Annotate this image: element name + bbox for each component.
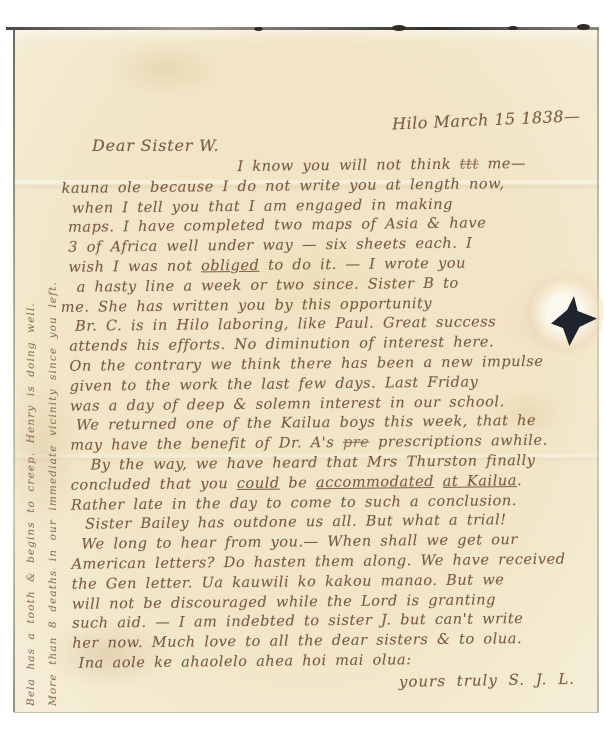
body-text-segment: 3 of Africa well under way — six sheets … <box>68 236 472 256</box>
body-text-segment: may have the benefit of Dr. A's <box>70 435 343 454</box>
struck-word: pre <box>343 435 370 451</box>
body-text-segment: given to the work the last few days. Las… <box>70 374 479 394</box>
body-text-segment: the Gen letter. Ua kauwili ko kakou mana… <box>72 572 505 593</box>
body-text-segment: American letters? Do hasten them along. … <box>71 552 565 573</box>
body-text-segment: will not be discouraged while the Lord i… <box>72 592 496 612</box>
body-text-segment: prescriptions awhile. <box>369 433 548 451</box>
body-text-segment: Rather late in the day to come to such a… <box>71 493 517 514</box>
scan-edge-mark <box>254 27 263 31</box>
struck-word: ttt <box>460 156 479 172</box>
body-text-segment: On the contrary we think there has been … <box>69 354 543 375</box>
margin-notes-rotated-block: Bela has a tooth & begins to creep. Henr… <box>20 138 66 706</box>
scan-edge-mark <box>392 25 406 31</box>
underlined-word: at Kailua <box>443 473 517 490</box>
underlined-word: obliged <box>201 258 259 275</box>
margin-note-line: Bela has a tooth & begins to creep. Henr… <box>20 138 42 706</box>
body-text-segment: . <box>517 473 522 489</box>
body-text-segment: maps. I have completed two maps of Asia … <box>68 216 486 236</box>
body-text-segment <box>434 474 443 490</box>
scan-edge-mark <box>577 24 590 30</box>
scan-edge-mark <box>508 26 518 30</box>
body-text-segment: kauna ole because I do not write you at … <box>62 176 505 197</box>
body-text-segment: Sister Bailey has outdone us all. But wh… <box>85 513 507 533</box>
body-text-segment: me— <box>479 156 526 172</box>
body-text-segment: to do it. — I wrote you <box>259 256 466 274</box>
body-text-segment: was a day of deep & solemn interest in o… <box>70 394 505 415</box>
letter-body: I know you will not think ttt me—kauna o… <box>67 154 600 674</box>
salutation: Dear Sister W. <box>92 136 219 155</box>
body-text-segment: her now. Much love to all the dear siste… <box>72 631 522 652</box>
body-text-segment: be <box>280 475 316 491</box>
margin-notes: Bela has a tooth & begins to creep. Henr… <box>20 138 66 706</box>
body-text-segment: a hasty line a week or two since. Sister… <box>77 275 459 295</box>
underlined-word: accommodated <box>316 474 434 491</box>
body-text-segment: By the way, we have heard that Mrs Thurs… <box>90 453 535 474</box>
body-text-segment: We returned one of the Kailua boys this … <box>76 413 536 434</box>
paper-left-edge <box>13 29 15 712</box>
body-text-segment: wish I was not <box>68 258 201 275</box>
body-text-segment: attends his efforts. No diminution of in… <box>69 334 494 354</box>
body-text-segment: me. She has written you by this opportun… <box>61 296 432 316</box>
underlined-word: could <box>237 475 280 491</box>
scanned-letter: Hilo March 15 1838— Dear Sister W. I kno… <box>0 0 607 741</box>
body-text-segment: Ina aole ke ahaolelo ahea hoi mai olua: <box>79 652 412 671</box>
body-text-segment: when I tell you that I am engaged in mak… <box>72 196 453 216</box>
body-text-segment: We long to hear from you.— When shall we… <box>81 532 518 553</box>
body-text-segment: I know you will not think <box>237 157 460 175</box>
body-text-segment: concluded that you <box>71 476 237 494</box>
margin-note-line: More than 8 deaths in our immediate vici… <box>42 138 64 706</box>
body-text-segment: Br. C. is in Hilo laboring, like Paul. G… <box>75 315 496 335</box>
body-text-segment: such aid. — I am indebted to sister J. b… <box>72 611 523 632</box>
